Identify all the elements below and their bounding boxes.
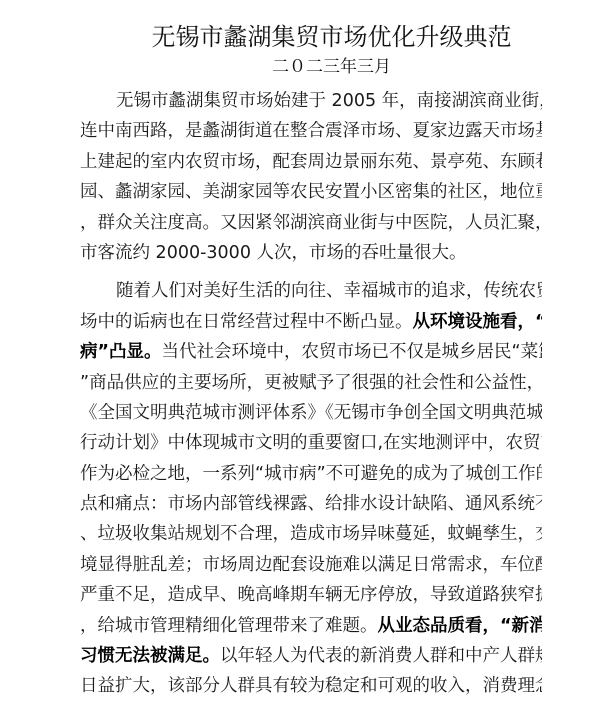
- text-line: 境显得脏乱差；市场周边配套设施难以满足日常需求，车位配比: [80, 550, 542, 580]
- text-line: 连中南西路，是蠡湖街道在整合震泽市场、夏家边露天市场基础: [80, 116, 542, 146]
- document-body: 无锡市蠡湖集贸市场始建于 2005 年，南接湖滨商业街，北 连中南西路，是蠡湖街…: [80, 86, 542, 702]
- document-date: 二０二三年三月: [0, 54, 613, 80]
- bold-heading: 病”凸显。: [80, 342, 162, 362]
- text-line: 市客流约 2000-3000 人次，市场的吞吐量很大。: [80, 238, 542, 268]
- text-line: 日益扩大，该部分人群具有较为稳定和可观的收入，消费理念从: [80, 671, 542, 701]
- text-line: 严重不足，造成早、晚高峰期车辆无序停放，导致道路狭窄拥堵: [80, 580, 542, 610]
- text-line: 作为必检之地，一系列“城市病”不可避免的成为了城创工作的难: [80, 459, 542, 489]
- text-line: ，群众关注度高。又因紧邻湖滨商业街与中医院，人员汇聚，早晚: [80, 208, 542, 238]
- text-line: 无锡市蠡湖集贸市场始建于 2005 年，南接湖滨商业街，北: [80, 86, 542, 116]
- text-line: ，给城市管理精细化管理带来了难题。从业态品质看，“新消费”: [80, 611, 542, 641]
- bold-heading: 习惯无法被满足。: [80, 646, 220, 666]
- text-line: 点和痛点：市场内部管线裸露、给排水设计缺陷、通风系统不良: [80, 489, 542, 519]
- text-line: 场中的诟病也在日常经营过程中不断凸显。从环境设施看，“城市: [80, 307, 542, 337]
- bold-heading: 从业态品质看，“新消费”: [378, 616, 543, 636]
- text-line: 习惯无法被满足。以年轻人为代表的新消费人群和中产人群规模: [80, 641, 542, 671]
- text-line: 园、蠡湖家园、美湖家园等农民安置小区密集的社区，地位重要: [80, 177, 542, 207]
- text-line: 、垃圾收集站规划不合理，造成市场异味蔓延，蚊蝇孳生，交易环: [80, 519, 542, 549]
- document-title: 无锡市蠡湖集贸市场优化升级典范: [0, 20, 613, 54]
- bold-heading: 从环境设施看，“城市: [413, 312, 543, 332]
- text-line: 行动计划》中体现城市文明的重要窗口,在实地测评中，农贸市场: [80, 428, 542, 458]
- text-line: 上建起的室内农贸市场，配套周边景丽东苑、景亭苑、东顾巷家: [80, 147, 542, 177]
- text-line: ”商品供应的主要场所，更被赋予了很强的社会性和公益性，作为: [80, 368, 542, 398]
- text-line: 《全国文明典范城市测评体系》《无锡市争创全国文明典范城市: [80, 398, 542, 428]
- paragraph-1: 无锡市蠡湖集贸市场始建于 2005 年，南接湖滨商业街，北 连中南西路，是蠡湖街…: [80, 86, 542, 268]
- text-line: 病”凸显。当代社会环境中，农贸市场已不仅是城乡居民“菜篮子: [80, 337, 542, 367]
- paragraph-2: 随着人们对美好生活的向往、幸福城市的追求，传统农贸市 场中的诟病也在日常经营过程…: [80, 276, 542, 701]
- text-line: 随着人们对美好生活的向往、幸福城市的追求，传统农贸市: [80, 276, 542, 306]
